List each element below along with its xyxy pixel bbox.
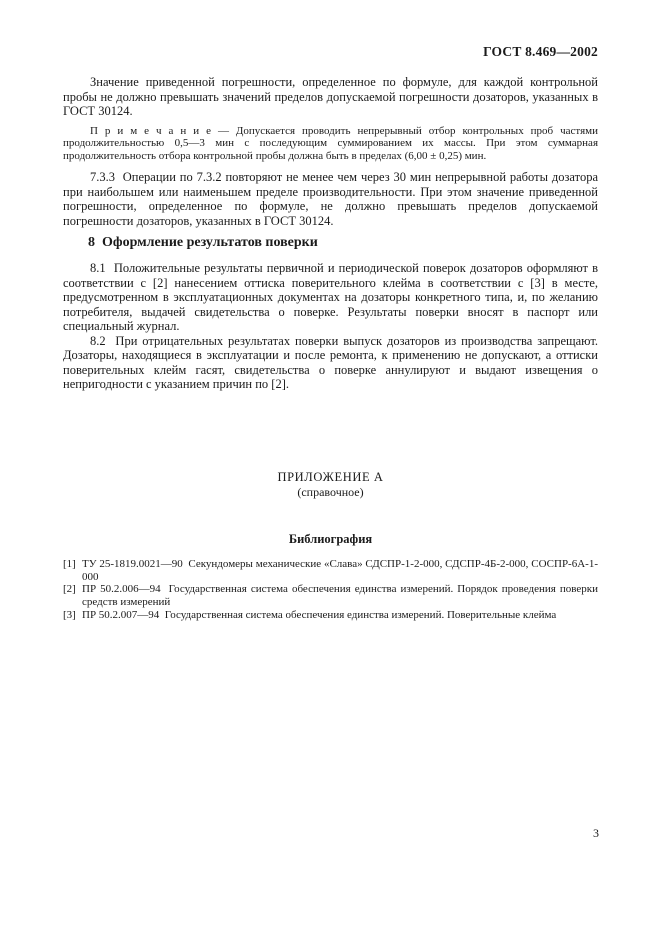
section-8-heading: 8 Оформление результатов поверки	[63, 234, 598, 251]
page-content: ГОСТ 8.469—2002 Значение приведенной пог…	[63, 0, 598, 622]
bibliography-item: [1] ТУ 25-1819.0021—90 Секундомеры механ…	[63, 558, 598, 584]
paragraph-reduced-error-requirement: Значение приведенной погрешности, опреде…	[63, 75, 598, 119]
bibliography-item-label: [1]	[63, 558, 82, 584]
annex-title: ПРИЛОЖЕНИЕ А	[63, 470, 598, 485]
bibliography-list: [1] ТУ 25-1819.0021—90 Секундомеры механ…	[63, 558, 598, 622]
bibliography-item-text: ТУ 25-1819.0021—90 Секундомеры механичес…	[82, 558, 598, 584]
paragraph-7-3-3: 7.3.3 Операции по 7.3.2 повторяют не мен…	[63, 170, 598, 228]
document-page: ГОСТ 8.469—2002 Значение приведенной пог…	[0, 0, 661, 936]
paragraph-8-1: 8.1 Положительные результаты первичной и…	[63, 261, 598, 334]
paragraph-8-2: 8.2 При отрицательных результатах поверк…	[63, 334, 598, 392]
bibliography-item-text: ПР 50.2.006—94 Государственная система о…	[82, 583, 598, 609]
bibliography-title: Библиография	[63, 532, 598, 547]
bibliography-item-label: [2]	[63, 583, 82, 609]
bibliography-item: [3] ПР 50.2.007—94 Государственная систе…	[63, 609, 598, 622]
bibliography-item-label: [3]	[63, 609, 82, 622]
bibliography-item-text: ПР 50.2.007—94 Государственная система о…	[82, 609, 598, 622]
bibliography-item: [2] ПР 50.2.006—94 Государственная систе…	[63, 583, 598, 609]
standard-designation-header: ГОСТ 8.469—2002	[63, 44, 598, 60]
annex-subtitle: (справочное)	[63, 485, 598, 499]
page-number: 3	[593, 826, 599, 840]
note-paragraph: П р и м е ч а н и е — Допускается провод…	[63, 125, 598, 163]
